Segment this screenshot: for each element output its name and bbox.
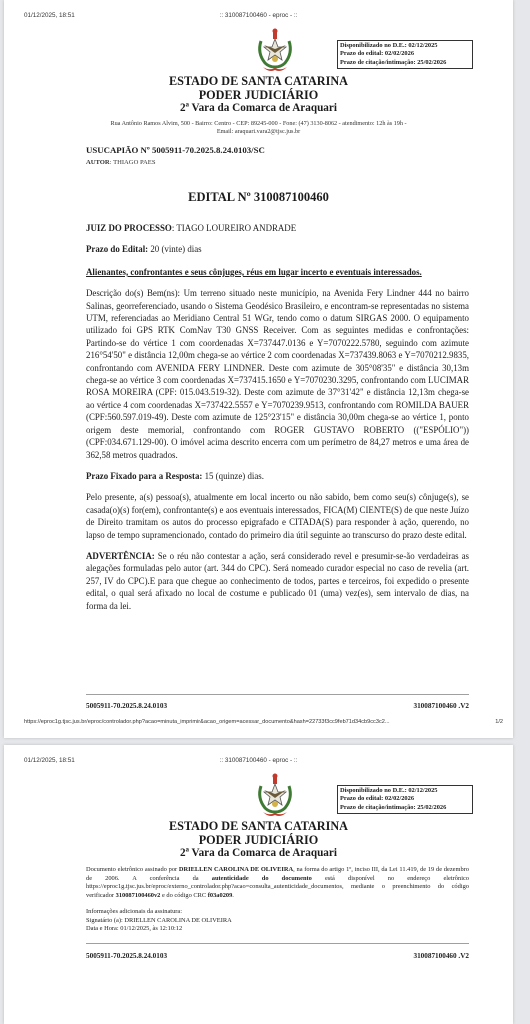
warning-paragraph: ADVERTÊNCIA: Se o réu não contestar a aç… [86,550,469,612]
footer-divider [86,694,469,695]
document-page-1: 01/12/2025, 18:51 :: 310087100460 - epro… [4,0,513,738]
power-heading: PODER JUDICIÁRIO [4,833,513,848]
footer-process-number: 5005911-70.2025.8.24.0103 [86,952,167,960]
print-title: :: 310087100460 - eproc - :: [4,757,513,764]
addressees-line: Alienantes, confrontantes e seus cônjuge… [86,266,469,278]
edital-deadline-date: Prazo do edital: 02/02/2026 [340,50,470,58]
print-header: 01/12/2025, 18:51 :: 310087100460 - epro… [4,757,513,769]
page-number: 1/2 [495,719,503,725]
print-url-footer: https://eproc1g.tjsc.jus.br/eproc/contro… [24,719,503,725]
state-heading: ESTADO DE SANTA CATARINA [4,819,513,834]
court-heading: 2ª Vara da Comarca de Araquari [4,102,513,114]
document-page-2: 01/12/2025, 18:51 :: 310087100460 - epro… [4,745,513,1024]
response-deadline-line: Prazo Fixado para a Resposta: 15 (quinze… [86,470,469,482]
court-address: Rua Antônio Ramos Alvim, 500 - Bairro: C… [44,120,473,137]
electronic-signature-statement: Documento eletrônico assinado por DRIELL… [86,866,469,900]
judge-line: JUIZ DO PROCESSO: TIAGO LOUREIRO ANDRADE [86,222,469,234]
santa-catarina-coat-of-arms-icon [255,772,295,818]
santa-catarina-coat-of-arms-icon [255,27,295,73]
case-author: AUTOR: THIAGO PAES [86,159,469,166]
availability-date: Disponibilizado no D.E.: 02/12/2025 [340,42,470,50]
page-footer: 5005911-70.2025.8.24.0103 310087100460 .… [86,952,469,960]
citation-notice: Pelo presente, a(s) pessoa(s), atualment… [86,491,469,541]
court-heading: 2ª Vara da Comarca de Araquari [4,847,513,859]
signature-datetime: Data e Hora: 01/12/2025, às 12:10:12 [86,925,469,934]
power-heading: PODER JUDICIÁRIO [4,88,513,103]
print-title: :: 310087100460 - eproc - :: [4,12,513,19]
footer-document-version: 310087100460 .V2 [413,952,469,960]
property-description: Descrição do(s) Bem(ns): Um terreno situ… [86,287,469,461]
case-title: USUCAPIÃO Nº 5005911-70.2025.8.24.0103/S… [86,145,469,155]
publication-dates-box: Disponibilizado no D.E.: 02/12/2025 Praz… [337,785,473,814]
footer-process-number: 5005911-70.2025.8.24.0103 [86,702,167,710]
publication-dates-box: Disponibilizado no D.E.: 02/12/2025 Praz… [337,40,473,69]
signatory: Signatário (a): DRIELLEN CAROLINA DE OLI… [86,917,469,926]
page-footer: 5005911-70.2025.8.24.0103 310087100460 .… [86,702,469,710]
footer-document-version: 310087100460 .V2 [413,702,469,710]
signature-info: Informações adicionais da assinatura: Si… [86,908,469,934]
footer-divider [86,943,469,944]
print-url[interactable]: https://eproc1g.tjsc.jus.br/eproc/contro… [24,719,390,725]
print-header: 01/12/2025, 18:51 :: 310087100460 - epro… [4,12,513,24]
state-heading: ESTADO DE SANTA CATARINA [4,74,513,89]
edital-deadline-line: Prazo do Edital: 20 (vinte) dias [86,243,469,255]
citation-deadline-date: Prazo de citação/intimação: 25/02/2026 [340,59,470,67]
edital-title: EDITAL Nº 310087100460 [4,190,513,205]
